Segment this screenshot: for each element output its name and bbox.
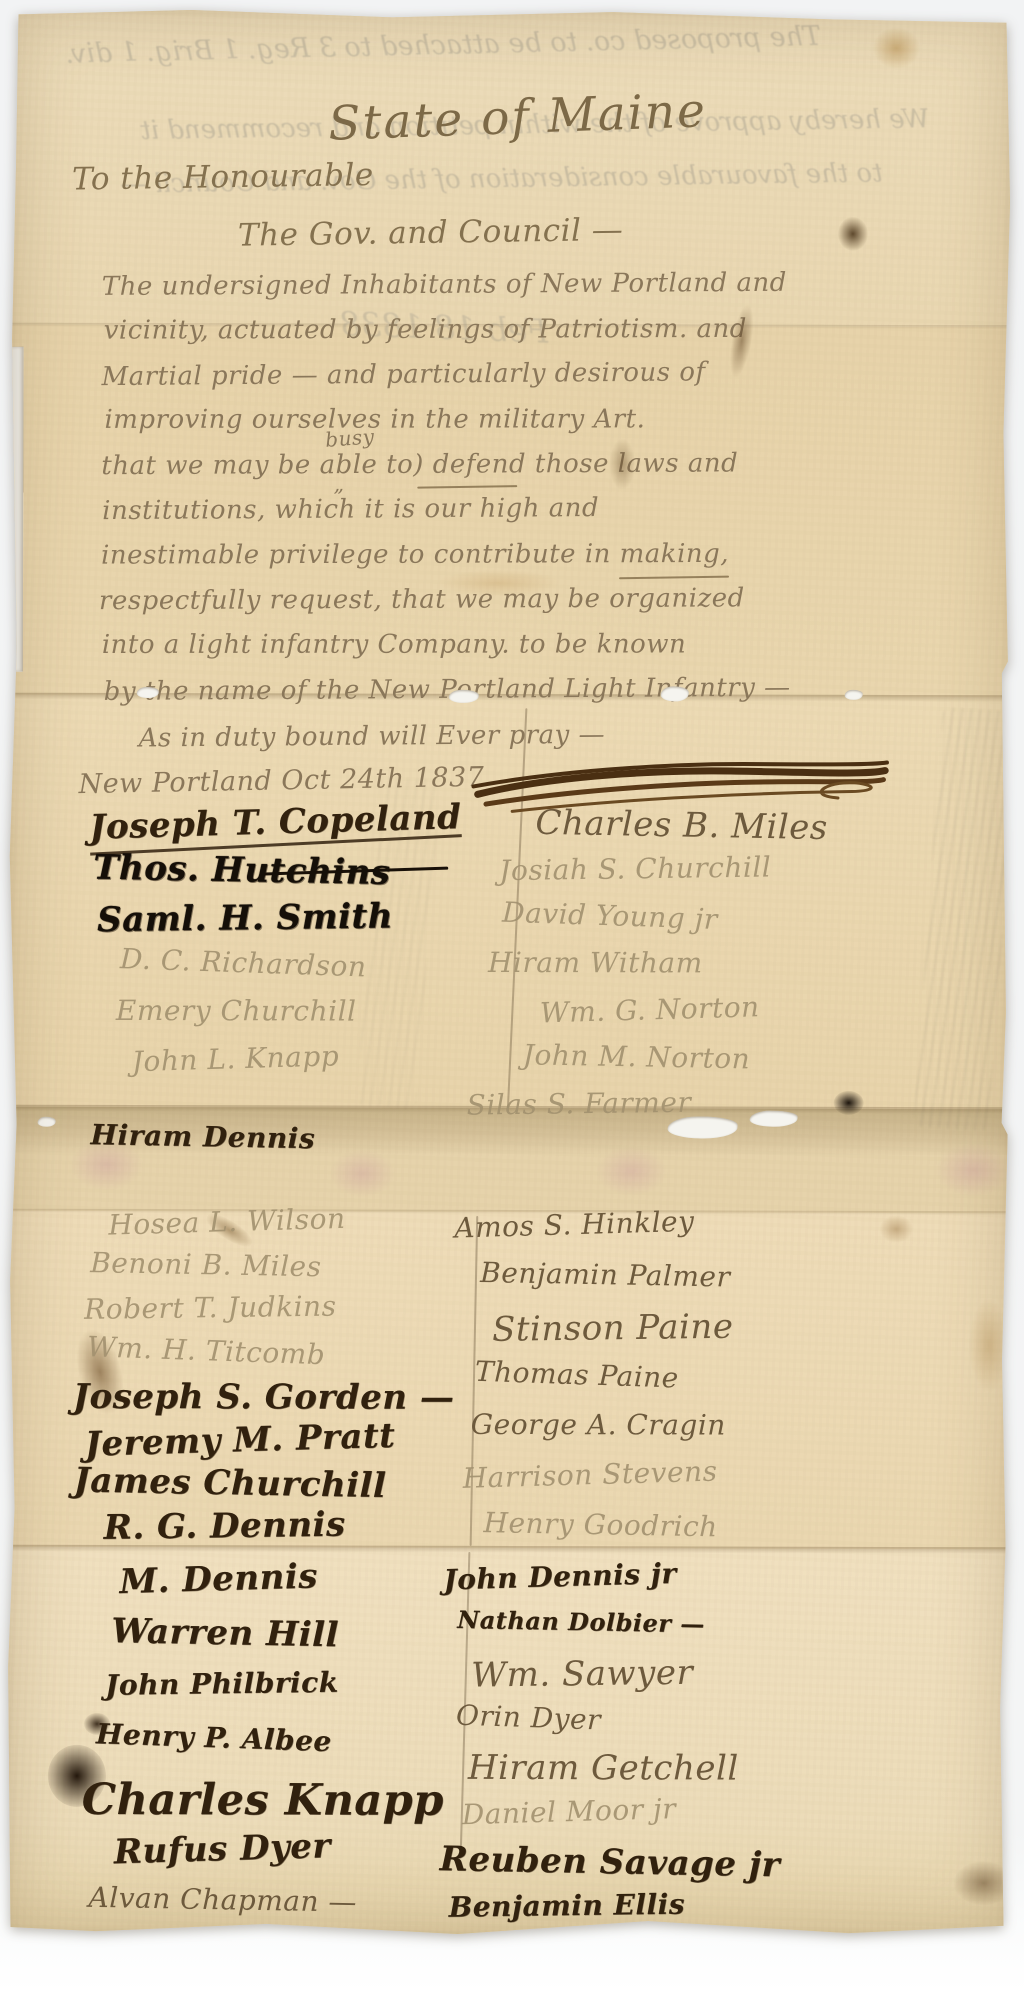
signature: Saml. H. Smith [97, 896, 393, 940]
signature: Benoni B. Miles [90, 1246, 322, 1283]
signature: Thomas Paine [474, 1355, 679, 1395]
signature: Warren Hill [111, 1611, 339, 1655]
signature: Rufus Dyer [113, 1826, 331, 1872]
signature: Orin Dyer [456, 1699, 602, 1737]
signature: John M. Norton [522, 1038, 750, 1075]
signature: Robert T. Judkins [84, 1290, 337, 1326]
signature: Charles B. Miles [535, 803, 828, 848]
signature: Silas S. Farmer [466, 1086, 691, 1122]
signature: John L. Knapp [131, 1039, 339, 1078]
signature: Thos. Hutchins [93, 848, 391, 893]
signature: Joseph S. Gorden — [73, 1377, 455, 1418]
signature: Wm. G. Norton [539, 990, 760, 1029]
signature: James Churchill [73, 1460, 386, 1506]
signature: Nathan Dolbier — [457, 1605, 705, 1639]
signature: Charles Knapp [82, 1775, 444, 1826]
signature: Benjamin Ellis [448, 1888, 685, 1924]
signature: Amos S. Hinkley [454, 1205, 695, 1245]
signature: Alvan Chapman — [88, 1881, 357, 1919]
signature: George A. Cragin [471, 1408, 726, 1442]
signature: Emery Churchill [116, 994, 357, 1028]
signature: Wm. Sawyer [471, 1653, 694, 1696]
signature: Henry Goodrich [483, 1506, 718, 1543]
signature: Hiram Dennis [90, 1118, 315, 1155]
scanned-document-stage: The proposed co. to be attached to 3 Reg… [0, 0, 1024, 1992]
signature: Stinson Paine [492, 1307, 734, 1350]
signature: Hiram Witham [488, 946, 703, 980]
signature: Reuben Savage jr [439, 1839, 780, 1885]
document-shadow: The proposed co. to be attached to 3 Reg… [8, 8, 1012, 1938]
signature: M. Dennis [119, 1556, 319, 1602]
signature: Josiah S. Churchill [499, 851, 771, 888]
signature: Hiram Getchell [468, 1748, 739, 1789]
signature: Hosea L. Wilson [108, 1202, 346, 1242]
signature: Daniel Moor jr [461, 1792, 676, 1831]
signature: Benjamin Palmer [480, 1256, 731, 1294]
signature: John Philbrick [105, 1666, 339, 1702]
petition-sheet: The proposed co. to be attached to 3 Reg… [5, 7, 1014, 1940]
signature: John Dennis jr [443, 1557, 677, 1597]
signature: R. G. Dennis [103, 1505, 346, 1548]
